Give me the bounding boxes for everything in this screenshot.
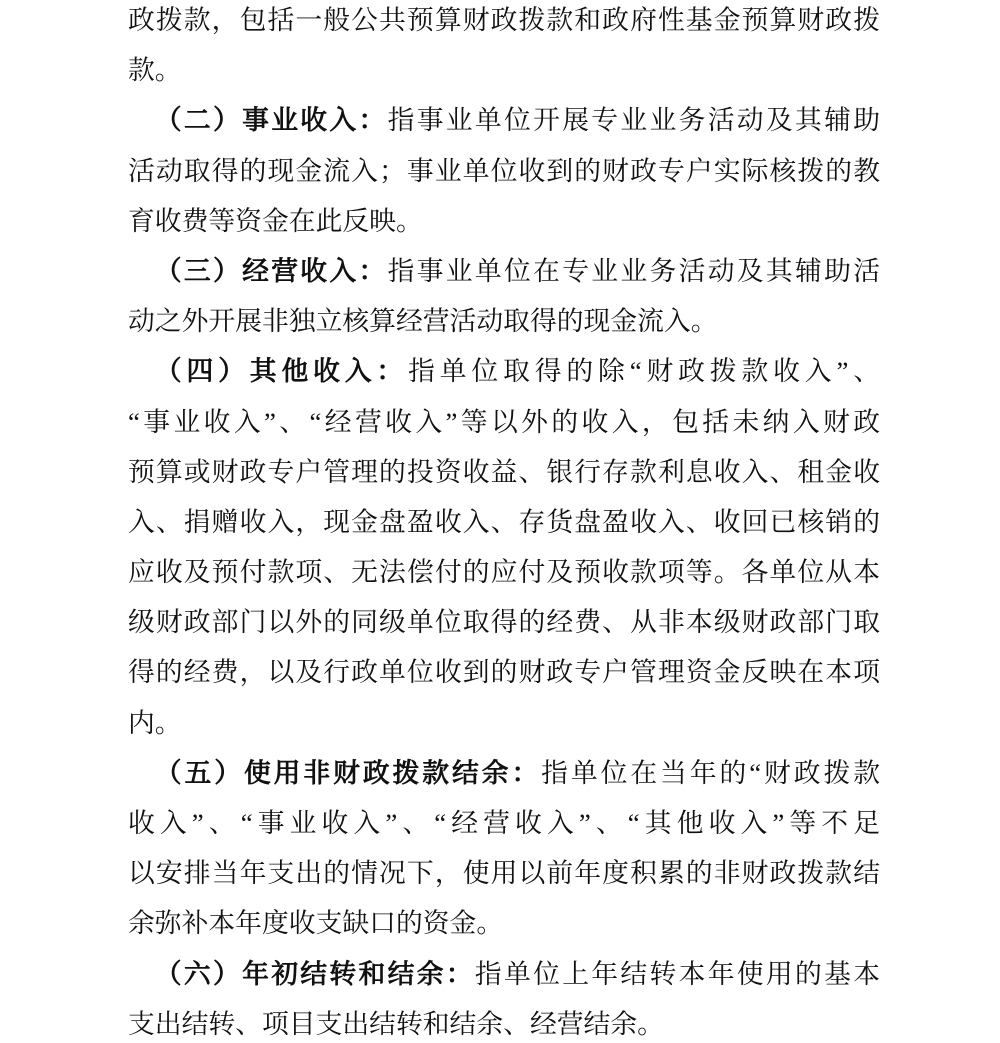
text-line: 得的经费，以及行政单位收到的财政专户管理资金反映在本项	[128, 647, 880, 697]
section-heading: （二）事业收入：	[155, 105, 388, 135]
text-line: （六）年初结转和结余：指单位上年结转本年使用的基本	[128, 949, 880, 999]
paragraph-text: 指事业单位开展专业业务活动及其辅助	[388, 105, 880, 135]
text-line: 以安排当年支出的情况下，使用以前年度积累的非财政拨款结	[128, 848, 880, 898]
paragraph-text: 收入”、“事业收入”、“经营收入”、“其他收入”等不足	[128, 808, 880, 838]
text-line: 款。	[128, 45, 880, 95]
paragraph-text: 余弥补本年度收支缺口的资金。	[128, 908, 503, 938]
section-heading: （三）经营收入：	[155, 256, 388, 286]
text-line: 入、捐赠收入，现金盘盈收入、存货盘盈收入、收回已核销的	[128, 497, 880, 547]
paragraph-text: 政拨款，包括一般公共预算财政拨款和政府性基金预算财政拨	[128, 5, 880, 35]
text-line: 收入”、“事业收入”、“经营收入”、“其他收入”等不足	[128, 798, 880, 848]
text-line: （二）事业收入：指事业单位开展专业业务活动及其辅助	[128, 95, 880, 145]
paragraph-text: 级财政部门以外的同级单位取得的经费、从非本级财政部门取	[128, 607, 880, 637]
paragraph-text: 预算或财政专户管理的投资收益、银行存款利息收入、租金收	[128, 457, 880, 487]
text-line: 政拨款，包括一般公共预算财政拨款和政府性基金预算财政拨	[128, 0, 880, 45]
text-line: 级财政部门以外的同级单位取得的经费、从非本级财政部门取	[128, 597, 880, 647]
text-line: 育收费等资金在此反映。	[128, 196, 880, 246]
text-line: 活动取得的现金流入；事业单位收到的财政专户实际核拨的教	[128, 146, 880, 196]
section-heading: （四）其他收入：	[155, 356, 408, 386]
paragraph-text: 应收及预付款项、无法偿付的应付及预收款项等。各单位从本	[128, 557, 880, 587]
paragraph-text: 动之外开展非独立核算经营活动取得的现金流入。	[128, 306, 718, 336]
paragraph: （四）其他收入：指单位取得的除“财政拨款收入”、“事业收入”、“经营收入”等以外…	[128, 346, 880, 748]
paragraph-text: 入、捐赠收入，现金盘盈收入、存货盘盈收入、收回已核销的	[128, 507, 880, 537]
text-line: 动之外开展非独立核算经营活动取得的现金流入。	[128, 296, 880, 346]
paragraph-text: 指单位取得的除“财政拨款收入”、	[408, 356, 880, 386]
text-line: 余弥补本年度收支缺口的资金。	[128, 898, 880, 948]
paragraph: 政拨款，包括一般公共预算财政拨款和政府性基金预算财政拨款。	[128, 0, 880, 95]
paragraph-text: 得的经费，以及行政单位收到的财政专户管理资金反映在本项	[128, 657, 880, 687]
section-heading: （六）年初结转和结余：	[155, 959, 475, 989]
paragraph-text: 指单位在当年的“财政拨款	[541, 758, 880, 788]
document-page: 政拨款，包括一般公共预算财政拨款和政府性基金预算财政拨款。（二）事业收入：指事业…	[128, 0, 880, 1043]
paragraph: （二）事业收入：指事业单位开展专业业务活动及其辅助活动取得的现金流入；事业单位收…	[128, 95, 880, 246]
paragraph-text: 支出结转、项目支出结转和结余、经营结余。	[128, 1009, 664, 1039]
text-line: 预算或财政专户管理的投资收益、银行存款利息收入、租金收	[128, 447, 880, 497]
section-heading: （五）使用非财政拨款结余：	[155, 758, 541, 788]
paragraph-text: 指单位上年结转本年使用的基本	[475, 959, 880, 989]
text-line: 支出结转、项目支出结转和结余、经营结余。	[128, 999, 880, 1043]
paragraph-text: 活动取得的现金流入；事业单位收到的财政专户实际核拨的教	[128, 156, 880, 186]
paragraph-text: 以安排当年支出的情况下，使用以前年度积累的非财政拨款结	[128, 858, 880, 888]
paragraph-text: 育收费等资金在此反映。	[128, 206, 423, 236]
paragraph: （三）经营收入：指事业单位在专业业务活动及其辅助活动之外开展非独立核算经营活动取…	[128, 246, 880, 346]
paragraph-text: 内。	[128, 708, 182, 738]
text-line: “事业收入”、“经营收入”等以外的收入，包括未纳入财政	[128, 397, 880, 447]
paragraph-text: 款。	[128, 55, 182, 85]
text-line: （四）其他收入：指单位取得的除“财政拨款收入”、	[128, 346, 880, 396]
paragraph-text: 指事业单位在专业业务活动及其辅助活	[388, 256, 880, 286]
paragraph: （五）使用非财政拨款结余：指单位在当年的“财政拨款收入”、“事业收入”、“经营收…	[128, 748, 880, 949]
paragraph: （六）年初结转和结余：指单位上年结转本年使用的基本支出结转、项目支出结转和结余、…	[128, 949, 880, 1043]
text-line: 应收及预付款项、无法偿付的应付及预收款项等。各单位从本	[128, 547, 880, 597]
text-line: 内。	[128, 698, 880, 748]
paragraph-text: “事业收入”、“经营收入”等以外的收入，包括未纳入财政	[128, 407, 880, 437]
text-line: （三）经营收入：指事业单位在专业业务活动及其辅助活	[128, 246, 880, 296]
text-line: （五）使用非财政拨款结余：指单位在当年的“财政拨款	[128, 748, 880, 798]
